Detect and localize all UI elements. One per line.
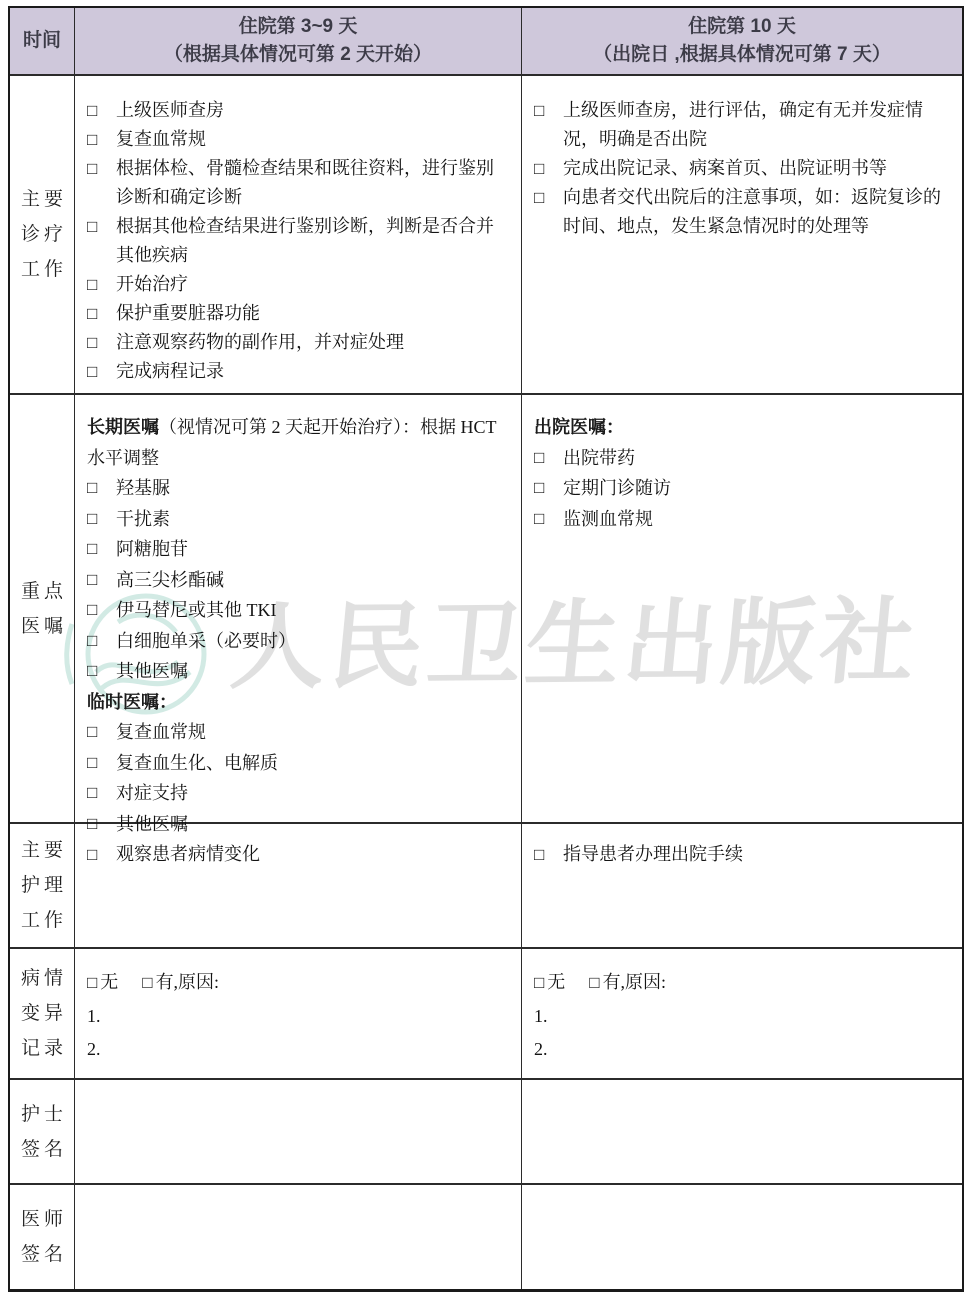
- checklist-item-label: 高三尖杉酯碱: [116, 565, 509, 596]
- checklist-item-label: 完成出院记录、病案首页、出院证明书等: [563, 154, 950, 183]
- discharge-orders-heading: 出院医嘱：: [534, 412, 950, 443]
- checklist-item: □干扰素: [87, 504, 509, 535]
- checklist-item-label: 上级医师查房: [116, 96, 509, 125]
- checkbox-icon: □: [87, 328, 105, 357]
- checklist-item-label: 根据体检、骨髓检查结果和既往资料，进行鉴别诊断和确定诊断: [116, 154, 509, 212]
- label-nurse-signature: 护士 签名: [10, 1080, 75, 1185]
- cell-orders-day3-9: 长期医嘱（视情况可第 2 天起开始治疗）：根据 HCT 水平调整 □羟基脲 □干…: [75, 395, 522, 824]
- variation-options: □无□有,原因:: [534, 965, 950, 1000]
- checklist-item-label: 定期门诊随访: [563, 473, 950, 504]
- checkbox-icon: □: [534, 443, 552, 474]
- checklist-item: □出院带药: [534, 443, 950, 474]
- cell-orders-day10: 出院医嘱： □出院带药 □定期门诊随访 □监测血常规: [522, 395, 962, 824]
- time-label: 时间: [23, 27, 61, 55]
- cell-nursing-day10: □指导患者办理出院手续: [522, 824, 962, 949]
- label-line: 医师: [21, 1202, 67, 1237]
- checklist-item: □羟基脲: [87, 473, 509, 504]
- checkbox-icon: □: [87, 212, 105, 241]
- checkbox-icon: □: [589, 973, 599, 992]
- label-key-orders: 重点 医嘱: [10, 395, 75, 824]
- checklist-item: □对症支持: [87, 778, 509, 809]
- checklist-item: □根据其他检查结果进行鉴别诊断，判断是否合并其他疾病: [87, 212, 509, 270]
- checkbox-icon: □: [534, 96, 552, 125]
- checklist-item-label: 指导患者办理出院手续: [563, 840, 950, 869]
- checkbox-icon: □: [87, 626, 105, 657]
- label-variation-record: 病情 变异 记录: [10, 949, 75, 1080]
- label-line: 医嘱: [21, 609, 67, 644]
- checkbox-icon: □: [87, 270, 105, 299]
- checkbox-icon: □: [534, 154, 552, 183]
- label-line: 重点: [21, 574, 67, 609]
- label-line: 工作: [21, 903, 67, 938]
- header-cell-day10: 住院第 10 天 （出院日 ,根据具体情况可第 7 天）: [522, 8, 962, 76]
- checkbox-icon: □: [87, 656, 105, 687]
- label-line: 病情: [21, 961, 67, 996]
- temporary-orders-heading: 临时医嘱：: [87, 687, 509, 718]
- label-line: 诊疗: [21, 217, 67, 252]
- cell-nurse-signature-day10: [522, 1080, 962, 1185]
- label-main-nursing: 主要 护理 工作: [10, 824, 75, 949]
- header-day10-line2: （出院日 ,根据具体情况可第 7 天）: [593, 41, 891, 69]
- checklist-item: □监测血常规: [534, 504, 950, 535]
- cell-variation-day10: □无□有,原因: 1. 2.: [522, 949, 962, 1080]
- checkbox-icon: □: [87, 154, 105, 183]
- long-term-orders-heading: 长期医嘱（视情况可第 2 天起开始治疗）：根据 HCT 水平调整: [87, 412, 509, 473]
- variation-reason-2: 2.: [534, 1033, 950, 1066]
- checklist-item: □注意观察药物的副作用，并对症处理: [87, 328, 509, 357]
- cell-doctor-signature-day3-9: [75, 1185, 522, 1289]
- checklist-item: □伊马替尼或其他 TKI: [87, 595, 509, 626]
- checklist-item: □向患者交代出院后的注意事项，如：返院复诊的时间、地点，发生紧急情况时的处理等: [534, 183, 950, 241]
- header-cell-day3-9: 住院第 3~9 天 （根据具体情况可第 2 天开始）: [75, 8, 522, 76]
- checklist-item-label: 其他医嘱: [116, 656, 509, 687]
- cell-doctor-signature-day10: [522, 1185, 962, 1289]
- header-cell-time: 时间: [10, 8, 75, 76]
- label-main-treatment: 主要 诊疗 工作: [10, 76, 75, 395]
- variation-yes-label: 有,原因:: [156, 972, 220, 992]
- checkbox-icon: □: [87, 717, 105, 748]
- label-line: 主要: [21, 182, 67, 217]
- checkbox-icon: □: [87, 357, 105, 386]
- label-line: 记录: [21, 1031, 67, 1066]
- cell-variation-day3-9: □无□有,原因: 1. 2.: [75, 949, 522, 1080]
- checkbox-icon: □: [87, 840, 105, 869]
- checklist-item: □完成病程记录: [87, 357, 509, 386]
- checkbox-icon: □: [87, 125, 105, 154]
- variation-no-label: 无: [547, 972, 565, 992]
- checklist-item: □高三尖杉酯碱: [87, 565, 509, 596]
- checklist-item-label: 复查血常规: [116, 717, 509, 748]
- checklist-item-label: 保护重要脏器功能: [116, 299, 509, 328]
- checklist-item: □保护重要脏器功能: [87, 299, 509, 328]
- label-line: 护士: [21, 1097, 67, 1132]
- checklist-item-label: 复查血生化、电解质: [116, 748, 509, 779]
- checklist-item-label: 观察患者病情变化: [116, 840, 509, 869]
- heading-bold: 长期医嘱: [87, 417, 159, 437]
- label-line: 变异: [21, 996, 67, 1031]
- checkbox-icon: □: [534, 183, 552, 212]
- clinical-pathway-table: 时间 住院第 3~9 天 （根据具体情况可第 2 天开始） 住院第 10 天 （…: [8, 6, 964, 1292]
- checkbox-icon: □: [534, 473, 552, 504]
- checkbox-icon: □: [87, 473, 105, 504]
- checklist-item-label: 开始治疗: [116, 270, 509, 299]
- checkbox-icon: □: [87, 299, 105, 328]
- cell-nurse-signature-day3-9: [75, 1080, 522, 1185]
- checklist-item-label: 监测血常规: [563, 504, 950, 535]
- checkbox-icon: □: [87, 534, 105, 565]
- cell-treatment-day3-9: □上级医师查房 □复查血常规 □根据体检、骨髓检查结果和既往资料，进行鉴别诊断和…: [75, 76, 522, 395]
- checklist-item-label: 向患者交代出院后的注意事项，如：返院复诊的时间、地点，发生紧急情况时的处理等: [563, 183, 950, 241]
- checklist-item-label: 完成病程记录: [116, 357, 509, 386]
- checklist-item: □其他医嘱: [87, 656, 509, 687]
- cell-nursing-day3-9: □观察患者病情变化: [75, 824, 522, 949]
- checklist-item-label: 复查血常规: [116, 125, 509, 154]
- checklist-item: □根据体检、骨髓检查结果和既往资料，进行鉴别诊断和确定诊断: [87, 154, 509, 212]
- checklist-item: □复查血生化、电解质: [87, 748, 509, 779]
- checklist-item: □复查血常规: [87, 717, 509, 748]
- checkbox-icon: □: [534, 504, 552, 535]
- cell-treatment-day10: □上级医师查房，进行评估，确定有无并发症情况，明确是否出院 □完成出院记录、病案…: [522, 76, 962, 395]
- checklist-item: □指导患者办理出院手续: [534, 840, 950, 869]
- label-line: 主要: [21, 833, 67, 868]
- checkbox-icon: □: [142, 973, 152, 992]
- checklist-item-label: 注意观察药物的副作用，并对症处理: [116, 328, 509, 357]
- checklist-item-label: 上级医师查房，进行评估，确定有无并发症情况，明确是否出院: [563, 96, 950, 154]
- variation-reason-1: 1.: [534, 1000, 950, 1033]
- checklist-item: □观察患者病情变化: [87, 840, 509, 869]
- checklist-item: □开始治疗: [87, 270, 509, 299]
- header-day3-9-line2: （根据具体情况可第 2 天开始）: [164, 41, 432, 69]
- checklist-item: □白细胞单采（必要时）: [87, 626, 509, 657]
- header-day3-9-line1: 住院第 3~9 天: [239, 13, 358, 41]
- checklist-item: □上级医师查房: [87, 96, 509, 125]
- checklist-item-label: 白细胞单采（必要时）: [116, 626, 509, 657]
- checkbox-icon: □: [534, 840, 552, 869]
- checklist-item: □完成出院记录、病案首页、出院证明书等: [534, 154, 950, 183]
- variation-no-label: 无: [100, 972, 118, 992]
- checklist-item-label: 阿糖胞苷: [116, 534, 509, 565]
- checkbox-icon: □: [87, 595, 105, 626]
- checklist-item-label: 对症支持: [116, 778, 509, 809]
- checkbox-icon: □: [87, 778, 105, 809]
- checkbox-icon: □: [87, 565, 105, 596]
- label-line: 护理: [21, 868, 67, 903]
- checklist-item: □阿糖胞苷: [87, 534, 509, 565]
- checkbox-icon: □: [87, 504, 105, 535]
- header-day10-line1: 住院第 10 天: [688, 13, 796, 41]
- variation-options: □无□有,原因:: [87, 965, 509, 1000]
- checkbox-icon: □: [534, 973, 544, 992]
- label-line: 工作: [21, 252, 67, 287]
- checklist-item-label: 羟基脲: [116, 473, 509, 504]
- checklist-item: □复查血常规: [87, 125, 509, 154]
- checklist-item: □定期门诊随访: [534, 473, 950, 504]
- checklist-item-label: 伊马替尼或其他 TKI: [116, 595, 509, 626]
- checklist-item-label: 根据其他检查结果进行鉴别诊断，判断是否合并其他疾病: [116, 212, 509, 270]
- checklist-item: □上级医师查房，进行评估，确定有无并发症情况，明确是否出院: [534, 96, 950, 154]
- checkbox-icon: □: [87, 748, 105, 779]
- label-doctor-signature: 医师 签名: [10, 1185, 75, 1289]
- variation-reason-2: 2.: [87, 1033, 509, 1066]
- checklist-item-label: 干扰素: [116, 504, 509, 535]
- label-line: 签名: [21, 1132, 67, 1167]
- label-line: 签名: [21, 1237, 67, 1272]
- checkbox-icon: □: [87, 96, 105, 125]
- checklist-item-label: 出院带药: [563, 443, 950, 474]
- variation-yes-label: 有,原因:: [603, 972, 667, 992]
- variation-reason-1: 1.: [87, 1000, 509, 1033]
- checkbox-icon: □: [87, 973, 97, 992]
